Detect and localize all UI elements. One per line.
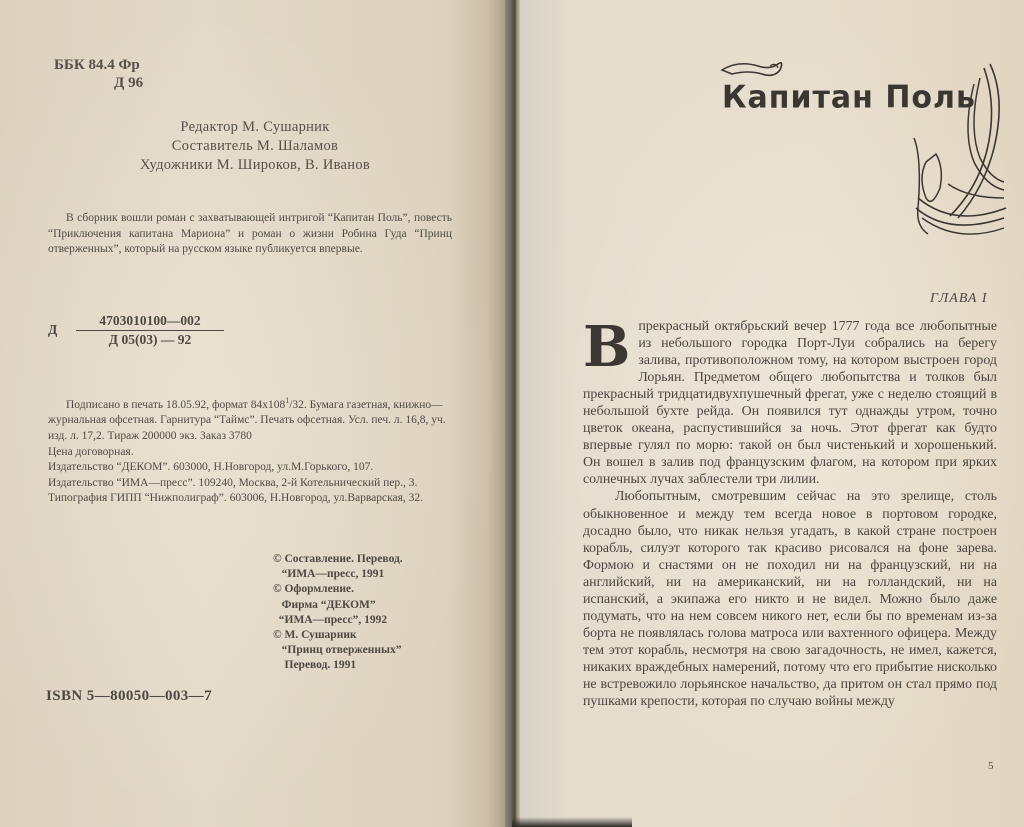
imprint-signed: Подписано в печать 18.05.92, формат 84x1… [66, 399, 285, 411]
imprint-publisher-ima: Издательство “ИМА—пресс”. 109240, Москва… [48, 476, 454, 492]
bibl-denominator: Д 05(03) — 92 [76, 331, 224, 348]
paragraph: Любопытным, смотревшим сейчас на это зре… [583, 488, 997, 710]
title-block: Капитан Поль [718, 58, 1008, 238]
credits: Редактор М. Сушарник Составитель М. Шала… [115, 118, 395, 175]
bibl-numerator: 4703010100—002 [76, 313, 224, 331]
copyright-line: Фирма “ДЕКОМ” [273, 598, 403, 613]
bottom-shadow [512, 817, 632, 827]
page-number: 5 [988, 760, 994, 772]
annotation: В сборник вошли роман с захватывающей ин… [48, 211, 452, 258]
bibl-fraction: 4703010100—002 Д 05(03) — 92 [76, 313, 224, 348]
copyright-block: © Составление. Перевод. “ИМА—пресс, 1991… [273, 552, 403, 674]
body-text: Впрекрасный октябрьский вечер 1777 года … [583, 318, 997, 710]
copyright-line: “ИМА—пресс, 1991 [273, 567, 403, 582]
imprint: Подписано в печать 18.05.92, формат 84x1… [48, 393, 454, 507]
book-gutter [505, 0, 521, 827]
chapter-heading: ГЛАВА I [930, 291, 988, 307]
credit-compiler: Составитель М. Шаламов [115, 137, 395, 156]
imprint-printer: Типография ГИПП “Нижполиграф”. 603006, Н… [48, 491, 454, 507]
paragraph: Впрекрасный октябрьский вечер 1777 года … [583, 318, 997, 488]
bibl-prefix: Д [48, 322, 57, 338]
imprint-price: Цена договорная. [48, 445, 454, 461]
copyright-line: © Оформление. [273, 582, 403, 597]
copyright-line: “Принц отверженных” [273, 643, 403, 658]
left-page: ББК 84.4 Фр Д 96 Редактор М. Сушарник Со… [0, 0, 508, 827]
copyright-line: “ИМА—пресс”, 1992 [273, 613, 403, 628]
classification-code: ББК 84.4 Фр Д 96 [54, 56, 143, 92]
imprint-publisher-dekom: Издательство “ДЕКОМ”. 603000, Н.Новгород… [48, 460, 454, 476]
author-mark: Д 96 [54, 74, 143, 92]
bbk-code: ББК 84.4 Фр [54, 56, 143, 74]
copyright-line: © Составление. Перевод. [273, 552, 403, 567]
copyright-line: © М. Сушарник [273, 628, 403, 643]
drop-cap: В [583, 322, 630, 372]
book-title: Капитан Поль [722, 79, 976, 116]
imprint-print-info: Подписано в печать 18.05.92, формат 84x1… [48, 393, 454, 445]
paragraph-1-text: прекрасный октябрьский вечер 1777 года в… [583, 319, 997, 487]
isbn: ISBN 5—80050—003—7 [46, 688, 212, 705]
credit-artists: Художники М. Широков, В. Иванов [115, 156, 395, 175]
copyright-line: Перевод. 1991 [273, 658, 403, 673]
annotation-text: В сборник вошли роман с захватывающей ин… [48, 211, 452, 258]
credit-editor: Редактор М. Сушарник [115, 118, 395, 137]
